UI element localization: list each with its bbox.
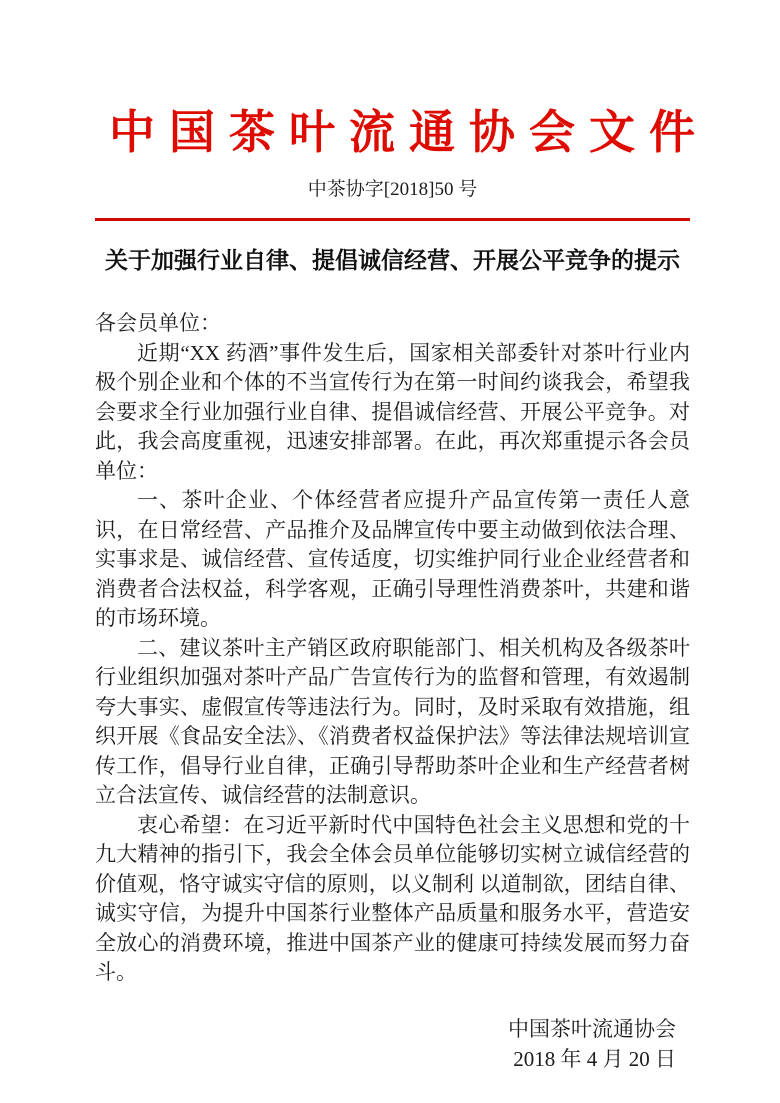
body-paragraph-item-2: 二、建议茶叶主产销区政府职能部门、相关机构及各级茶叶行业组织加强对茶叶产品广告宣… (95, 634, 690, 811)
doc-number: 中茶协字[2018]50 号 (95, 179, 690, 201)
document-page: 中国茶叶流通协会文件 中茶协字[2018]50 号 关于加强行业自律、提倡诚信经… (0, 0, 780, 1103)
subject-title: 关于加强行业自律、提倡诚信经营、开展公平竞争的提示 (95, 245, 690, 275)
body-paragraph-intro: 近期“XX 药酒”事件发生后，国家相关部委针对茶叶行业内极个别企业和个体的不当宣… (95, 339, 690, 487)
letterhead-org-title: 中国茶叶流通协会文件 (95, 105, 690, 161)
body-paragraph-item-1: 一、茶叶企业、个体经营者应提升产品宣传第一责任人意识，在日常经营、产品推介及品牌… (95, 486, 690, 634)
red-divider-line (95, 218, 690, 221)
signature-block: 中国茶叶流通协会 2018 年 4 月 20 日 (95, 1014, 690, 1074)
document-body: 各会员单位： 近期“XX 药酒”事件发生后，国家相关部委针对茶叶行业内极个别企业… (95, 309, 690, 988)
signature-date: 2018 年 4 月 20 日 (95, 1044, 676, 1074)
signature-org: 中国茶叶流通协会 (95, 1014, 676, 1044)
salutation: 各会员单位： (95, 309, 690, 339)
body-paragraph-closing: 衷心希望：在习近平新时代中国特色社会主义思想和党的十九大精神的指引下，我会全体会… (95, 811, 690, 988)
